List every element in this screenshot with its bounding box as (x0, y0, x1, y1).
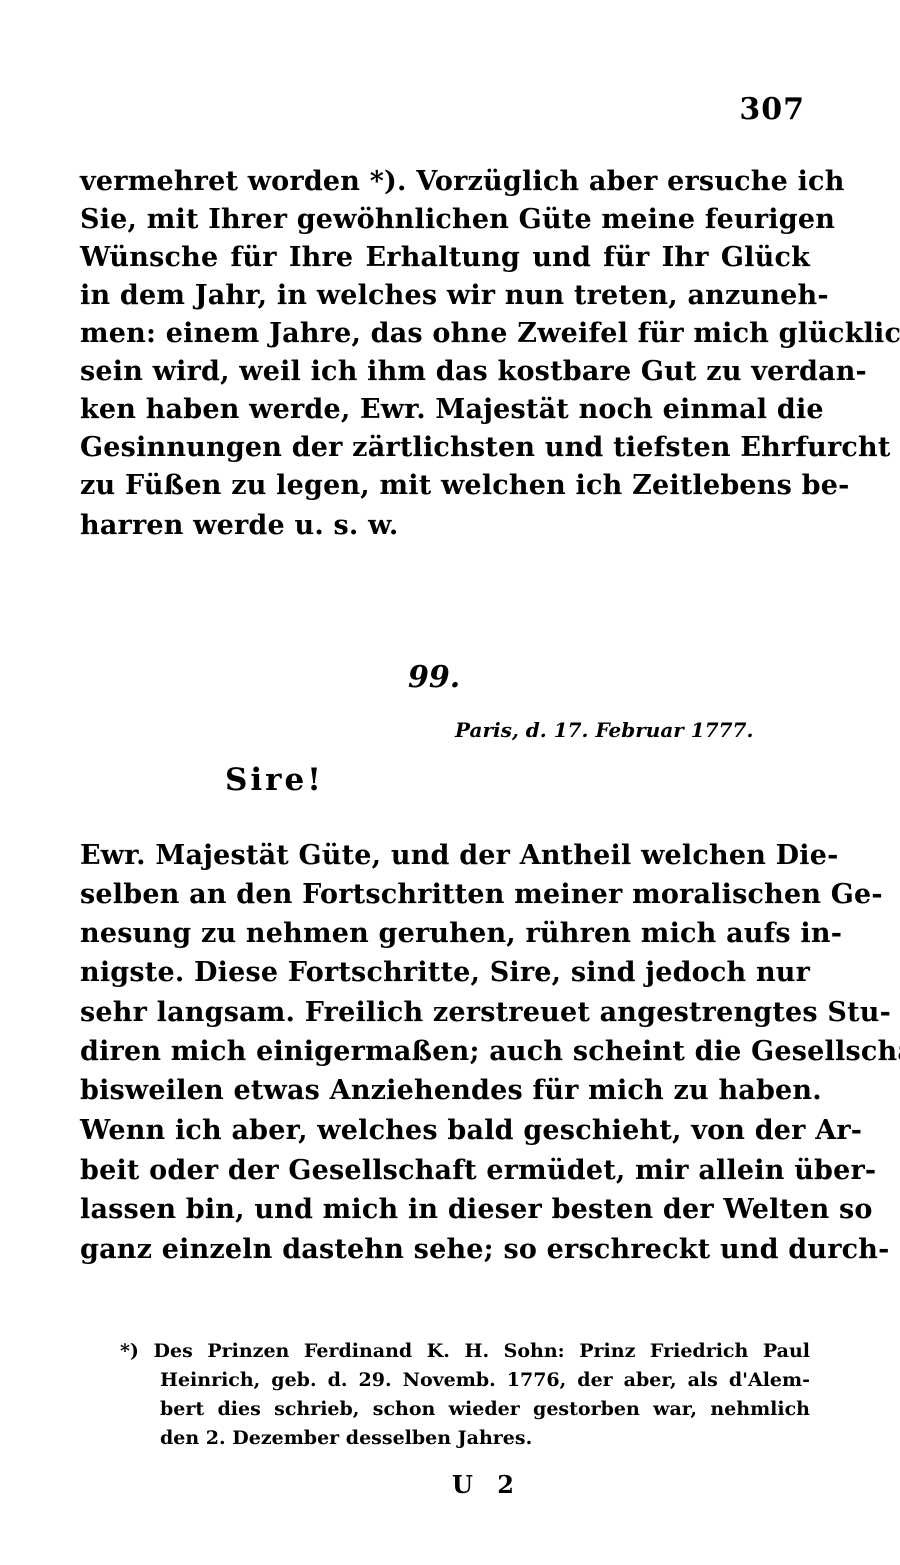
text-line: diren mich einigermaßen; auch scheint di… (80, 1034, 810, 1070)
text-line: zu Füßen zu legen, mit welchen ich Zeitl… (80, 468, 810, 504)
text-line: sehr langsam. Freilich zerstreuet angest… (80, 995, 810, 1031)
text-line: ken haben werde, Ewr. Majestät noch einm… (80, 392, 810, 428)
footnote-line: bert dies schrieb, schon wieder gestorbe… (160, 1396, 810, 1422)
page-number: 307 (735, 92, 805, 127)
text-line: Wenn ich aber, welches bald geschieht, v… (80, 1113, 810, 1149)
text-line: Sie, mit Ihrer gewöhnlichen Güte meine f… (80, 202, 810, 238)
text-line: selben an den Fortschritten meiner moral… (80, 877, 810, 913)
text-line: vermehret worden *). Vorzüglich aber ers… (80, 164, 810, 200)
text-line: Wünsche für Ihre Erhaltung und für Ihr G… (80, 240, 810, 276)
text-line: bisweilen etwas Anziehendes für mich zu … (80, 1073, 810, 1109)
text-line: lassen bin, und mich in dieser besten de… (80, 1192, 810, 1228)
book-page: 307 vermehret worden *). Vorzüglich aber… (0, 0, 900, 1565)
text-line: nigste. Diese Fortschritte, Sire, sind j… (80, 955, 810, 991)
text-line: harren werde u. s. w. (80, 508, 810, 544)
footnote-line: den 2. Dezember desselben Jahres. (160, 1425, 810, 1451)
text-line: beit oder der Gesellschaft ermüdet, mir … (80, 1153, 810, 1189)
letter-number: 99. (408, 660, 460, 695)
letter-dateline: Paris, d. 17. Februar 1777. (455, 718, 753, 742)
text-line: nesung zu nehmen geruhen, rühren mich au… (80, 916, 810, 952)
footnote-line: *) Des Prinzen Ferdinand K. H. Sohn: Pri… (120, 1338, 810, 1364)
text-line: Gesinnungen der zärtlichsten und tiefste… (80, 430, 810, 466)
footnote-line: Heinrich, geb. d. 29. Novemb. 1776, der … (160, 1367, 810, 1393)
text-line: sein wird, weil ich ihm das kostbare Gut… (80, 354, 810, 390)
text-line: ganz einzeln dastehn sehe; so erschreckt… (80, 1232, 810, 1268)
printer-signature-mark: U 2 (452, 1470, 522, 1499)
letter-salutation: Sire! (225, 762, 324, 798)
text-line: men: einem Jahre, das ohne Zweifel für m… (80, 316, 810, 352)
text-line: Ewr. Majestät Güte, und der Antheil welc… (80, 838, 810, 874)
text-line: in dem Jahr, in welches wir nun treten, … (80, 278, 810, 314)
